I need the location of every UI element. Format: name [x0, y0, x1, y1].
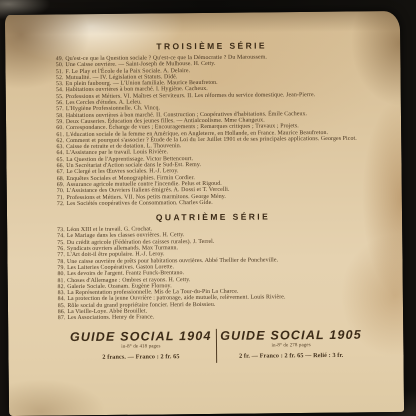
guide-1905-price: 2 fr. — Franco : 2 fr. 65 — Relié : 3 fr… [220, 351, 362, 359]
entry-number: 50. [56, 62, 66, 68]
guide-social-1905: GUIDE SOCIAL 1905 in-8° de 278 pages 2 f… [216, 326, 366, 363]
entry-number: 81. [57, 278, 67, 284]
entry-text: Les Associations. Henry de France. [67, 315, 154, 322]
entry-text: Les Sociétés coopératives de Consommatio… [67, 200, 213, 207]
entry-number: 85. [58, 303, 68, 309]
entry-number: 70. [57, 188, 67, 194]
book-page: TROISIÈME SÉRIE 49.Qu'est-ce que la Ques… [5, 11, 404, 416]
entry-number: 67. [57, 169, 67, 175]
entry-number: 60. [56, 125, 66, 131]
troisieme-serie-list: 49.Qu'est-ce que la Question sociale ? Q… [56, 54, 369, 208]
list-entry: 72.Les Sociétés coopératives de Consomma… [57, 199, 369, 208]
entry-number: 71. [57, 195, 67, 201]
entry-number: 77. [57, 252, 67, 258]
entry-number: 82. [58, 284, 68, 290]
entry-number: 84. [58, 296, 68, 302]
entry-number: 76. [57, 246, 67, 252]
entry-number: 54. [56, 88, 66, 94]
entry-number: 87. [58, 315, 68, 321]
entry-number: 78. [57, 259, 67, 265]
photo-background: TROISIÈME SÉRIE 49.Qu'est-ce que la Ques… [0, 0, 416, 416]
entry-number: 63. [56, 144, 66, 150]
guide-1904-price: 2 francs. — Franco : 2 fr. 65 [70, 353, 212, 361]
entry-number: 62. [56, 138, 66, 144]
page-content: TROISIÈME SÉRIE 49.Qu'est-ce que la Ques… [56, 40, 371, 365]
entry-number: 65. [57, 157, 67, 163]
entry-number: 57. [56, 106, 66, 112]
entry-number: 86. [58, 309, 68, 315]
entry-number: 79. [57, 265, 67, 271]
entry-number: 74. [57, 233, 67, 239]
section-title-quatrieme: QUATRIÈME SÉRIE [57, 211, 369, 223]
quatrieme-serie-list: 73.Léon XIII et le travail. G. Crochat.7… [57, 225, 370, 322]
entry-number: 66. [57, 163, 67, 169]
entry-number: 51. [56, 69, 66, 75]
entry-number: 49. [56, 56, 66, 62]
entry-number: 69. [57, 182, 67, 188]
entry-number: 80. [57, 271, 67, 277]
entry-number: 73. [57, 227, 67, 233]
guide-1905-format: in-8° de 278 pages [220, 343, 362, 350]
list-entry: 87.Les Associations. Henry de France. [58, 313, 370, 322]
guide-1905-title: GUIDE SOCIAL 1905 [220, 328, 362, 342]
guide-social-ads: GUIDE SOCIAL 1904 in-8° de 418 pages 2 f… [66, 326, 366, 364]
entry-number: 68. [57, 176, 67, 182]
guide-social-1904: GUIDE SOCIAL 1904 in-8° de 418 pages 2 f… [66, 327, 216, 364]
entry-number: 53. [56, 81, 66, 87]
entry-number: 61. [56, 132, 66, 138]
entry-number: 75. [57, 240, 67, 246]
entry-number: 64. [56, 151, 66, 157]
entry-number: 83. [58, 290, 68, 296]
section-title-troisieme: TROISIÈME SÉRIE [56, 40, 368, 52]
entry-number: 72. [57, 201, 67, 207]
guide-1904-format: in-8° de 418 pages [70, 344, 212, 351]
entry-number: 58. [56, 113, 66, 119]
guide-1904-title: GUIDE SOCIAL 1904 [70, 330, 212, 344]
entry-number: 55. [56, 94, 66, 100]
